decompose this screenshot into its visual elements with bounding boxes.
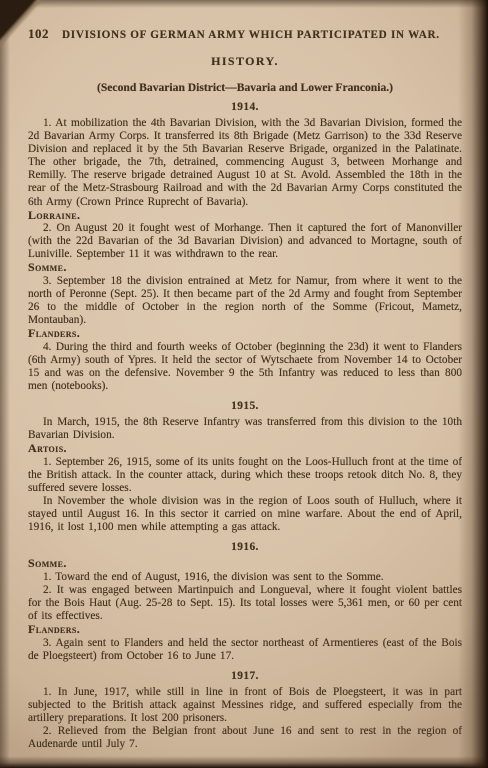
- page-number: 102: [28, 26, 49, 42]
- page-edge-shadow-left: [0, 0, 10, 768]
- page-edge-shadow-right: [458, 0, 488, 768]
- year-heading: 1915.: [28, 400, 462, 412]
- running-header-row: 102 DIVISIONS OF GERMAN ARMY WHICH PARTI…: [28, 26, 462, 42]
- side-heading: Artois.: [28, 442, 462, 456]
- side-heading: Flanders.: [28, 327, 462, 341]
- year-heading: 1914.: [28, 101, 462, 113]
- paragraph: 2. It was engaged between Martinpuich an…: [28, 584, 462, 623]
- page-content: 102 DIVISIONS OF GERMAN ARMY WHICH PARTI…: [28, 26, 462, 751]
- paragraph: 3. Again sent to Flanders and held the s…: [28, 637, 462, 663]
- side-heading: Flanders.: [28, 623, 462, 637]
- side-heading: Lorraine.: [28, 209, 462, 223]
- document-body: 1914.1. At mobilization the 4th Bavarian…: [28, 101, 462, 751]
- paragraph: In November the whole division was in th…: [28, 495, 462, 534]
- side-heading: Somme.: [28, 557, 462, 571]
- paragraph: In March, 1915, the 8th Reserve Infantry…: [28, 416, 462, 442]
- paragraph: 1. At mobilization the 4th Bavarian Divi…: [28, 117, 462, 209]
- year-heading: 1916.: [28, 541, 462, 553]
- paragraph: 3. September 18 the division entrained a…: [28, 275, 462, 327]
- page-subtitle: (Second Bavarian District—Bavaria and Lo…: [28, 81, 462, 94]
- paragraph: 4. During the third and fourth weeks of …: [28, 341, 462, 393]
- side-heading: Somme.: [28, 261, 462, 275]
- paragraph: 1. In June, 1917, while still in line in…: [28, 686, 462, 725]
- page-edge-shadow-top: [0, 0, 488, 8]
- paragraph: 2. Relieved from the Belgian front about…: [28, 725, 462, 751]
- running-header: DIVISIONS OF GERMAN ARMY WHICH PARTICIPA…: [62, 29, 440, 41]
- paragraph: 1. Toward the end of August, 1916, the d…: [28, 571, 462, 584]
- year-heading: 1917.: [28, 670, 462, 682]
- scanned-book-page: 102 DIVISIONS OF GERMAN ARMY WHICH PARTI…: [0, 0, 488, 768]
- paragraph: 1. September 26, 1915, some of its units…: [28, 456, 462, 495]
- page-title: HISTORY.: [28, 54, 462, 69]
- page-edge-shadow-bottom: [0, 756, 488, 768]
- paragraph: 2. On August 20 it fought west of Morhan…: [28, 222, 462, 261]
